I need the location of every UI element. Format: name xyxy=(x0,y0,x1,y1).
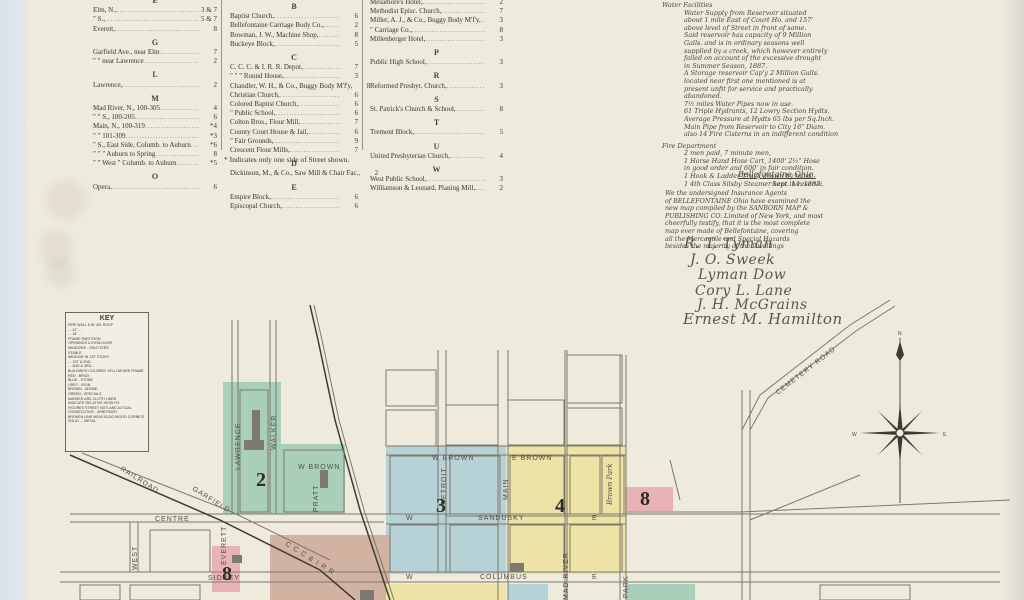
entry-name: County Court House & Jail, xyxy=(230,128,308,137)
key-row: BUILDINGS COLORED YELLOW ARE FRAME xyxy=(68,369,146,374)
entry-name: C. C. C. & I. R. R. Depot, xyxy=(230,63,303,72)
index-entry: Mad River, N., 100-3054 xyxy=(93,104,217,113)
entry-page: 6 xyxy=(340,91,358,100)
entry-page: *5 xyxy=(199,159,217,168)
index-letter-header: G xyxy=(93,38,217,47)
entry-page: 8 xyxy=(485,105,503,114)
entry-name: " " West " Columb. to Auburn xyxy=(93,159,177,168)
index-letter-header: C xyxy=(230,53,358,62)
column-divider xyxy=(221,0,222,150)
entry-page: 2 xyxy=(199,57,217,66)
index-letter-header: U xyxy=(370,142,503,151)
entry-name: " S., East Side, Columb. to Auburn xyxy=(93,141,191,150)
street-label: LAWRENCE xyxy=(235,423,242,470)
entry-name: Lawrence, xyxy=(93,81,122,90)
entry-page: 6 xyxy=(340,202,358,211)
index-entry: Reformed Presbyt. Church,3 xyxy=(370,82,503,91)
street-label: PRATT xyxy=(313,485,320,512)
water-fire-report: Water Facilities Water Supply from Reser… xyxy=(662,2,902,188)
index-entry: St. Patrick's Church & School,8 xyxy=(370,105,503,114)
entry-page: 5 & 7 xyxy=(199,15,217,24)
entry-name: Williamson & Leonard, Planing Mill, xyxy=(370,184,475,193)
entry-page: 5 xyxy=(340,40,358,49)
entry-page: 7 xyxy=(340,146,358,155)
index-letter-header: E xyxy=(93,0,217,5)
entry-page: 2 xyxy=(340,21,358,30)
index-entry: " S., East Side, Columb. to Auburn*6 xyxy=(93,141,217,150)
entry-name: Baptist Church, xyxy=(230,12,274,21)
street-label: MAIN xyxy=(503,479,510,501)
entry-name: Colton Bros., Flour Mill, xyxy=(230,118,300,127)
certification-line: cheerfully testify, that it is the most … xyxy=(665,220,865,228)
entry-page: 6 xyxy=(199,183,217,192)
index-letter-header: L xyxy=(93,70,217,79)
index-entry: Colored Baptist Church,6 xyxy=(230,100,358,109)
entry-page: 7 xyxy=(199,48,217,57)
entry-name: West Public School, xyxy=(370,175,426,184)
entry-page: 3 xyxy=(485,35,503,44)
index-entry: County Court House & Jail,6 xyxy=(230,128,358,137)
entry-name: Episcopal Church, xyxy=(230,202,282,211)
street-label: W BROWN xyxy=(432,455,474,462)
index-letter-header: O xyxy=(93,172,217,181)
street-label: E xyxy=(592,515,598,522)
map-legend-key: KEY FIRE WALL 6 IN. AB. ROOF- - 12" - --… xyxy=(65,312,149,452)
entry-name: " Public School, xyxy=(230,109,275,118)
index-entry: Millenberger Hotel,3 xyxy=(370,35,503,44)
index-footnote: * Indicates only one side of Street show… xyxy=(224,155,349,164)
entry-page: 4 xyxy=(485,152,503,161)
entry-name: Dickinson, M., & Co., Saw Mill & Chair F… xyxy=(230,169,360,178)
index-letter-header: T xyxy=(370,118,503,127)
entry-name: Crescent Flour Mills, xyxy=(230,146,290,155)
entry-page: 3 xyxy=(485,82,503,91)
index-entry: Everett,8 xyxy=(93,25,217,34)
index-entry: Opera,6 xyxy=(93,183,217,192)
index-entry: Miller, A. J., & Co., Buggy Body M'f'y,3 xyxy=(370,16,503,25)
entry-name: Mad River, N., 100-305 xyxy=(93,104,160,113)
place-heading: Bellefontaine Ohio. xyxy=(738,170,816,179)
index-entry: Public High School,3 xyxy=(370,58,503,67)
index-entry: West Public School,3 xyxy=(370,175,503,184)
street-label: W xyxy=(406,515,414,522)
entry-name: United Presbyterian Church, xyxy=(370,152,450,161)
index-entry: " " " Auburn to Spring8 xyxy=(93,150,217,159)
key-row: SOLID - - METAL xyxy=(68,419,146,424)
entry-page: 8 xyxy=(199,25,217,34)
signature: R. T. Tyman xyxy=(684,236,773,252)
index-entry: " Fair Grounds,9 xyxy=(230,137,358,146)
street-label: CEMETERY ROAD xyxy=(775,346,837,397)
index-letter-header: S xyxy=(370,95,503,104)
index-entry: Baptist Church,6 xyxy=(230,12,358,21)
index-entry: United Presbyterian Church,4 xyxy=(370,152,503,161)
entry-name: Methodist Episc. Church, xyxy=(370,7,442,16)
certification-line: new map compiled by the SANBORN MAP & xyxy=(665,205,865,213)
compass-rose: W E N xyxy=(852,331,947,503)
index-entry: Christian Church,6 xyxy=(230,91,358,100)
entry-name: Tremont Block, xyxy=(370,128,414,137)
certification-line: of BELLEFONTAINE Ohio have examined the xyxy=(665,198,865,206)
entry-name: Garfield Ave., near Elm xyxy=(93,48,160,57)
entry-name: Main, N., 100-319 xyxy=(93,122,145,131)
street-label: SANDUSKY xyxy=(478,515,525,522)
index-entry: " " near Lawrence2 xyxy=(93,57,217,66)
street-label: RAILROAD xyxy=(119,466,160,495)
street-label: EVERETT xyxy=(221,526,228,565)
entry-page: 6 xyxy=(340,109,358,118)
entry-page: 5 xyxy=(485,128,503,137)
certification-line: map ever made of Bellefontaine, covering xyxy=(665,228,865,236)
entry-page: 4 xyxy=(199,104,217,113)
entry-page: 8 xyxy=(485,26,503,35)
index-entry: Bellefontaine Carriage Body Co.,2 xyxy=(230,21,358,30)
index-entry: " " 101-309*3 xyxy=(93,132,217,141)
street-label: WALKER xyxy=(271,415,278,450)
column-divider xyxy=(362,0,363,150)
entry-name: St. Patrick's Church & School, xyxy=(370,105,456,114)
street-label: PARK xyxy=(623,575,630,598)
index-letter-header: W xyxy=(370,165,503,174)
index-entry: Elm, N.,3 & 7 xyxy=(93,6,217,15)
certification-line: PUBLISHING CO. Limited of New York, and … xyxy=(665,213,865,221)
entry-name: Elm, N., xyxy=(93,6,117,15)
entry-name: Everett, xyxy=(93,25,115,34)
entry-name: Miller, A. J., & Co., Buggy Body M'f'y, xyxy=(370,16,481,25)
index-entry: Tremont Block,5 xyxy=(370,128,503,137)
certification-line: We the undersigned Insurance Agents xyxy=(665,190,865,198)
specials-index-column-2: Mesamore's Hotel,2Methodist Episc. Churc… xyxy=(370,0,503,194)
entry-name: Mesamore's Hotel, xyxy=(370,0,423,7)
entry-page: *3 xyxy=(199,132,217,141)
index-entry: " " West " Columb. to Auburn*5 xyxy=(93,159,217,168)
entry-page: 6 xyxy=(340,12,358,21)
index-entry: Williamson & Leonard, Planing Mill,2 xyxy=(370,184,503,193)
street-label: Brown Park xyxy=(606,463,614,506)
index-entry: Mesamore's Hotel,2 xyxy=(370,0,503,7)
index-entry: Main, N., 100-319*4 xyxy=(93,122,217,131)
entry-name: Opera, xyxy=(93,183,112,192)
index-entry: Dickinson, M., & Co., Saw Mill & Chair F… xyxy=(230,169,358,178)
index-letter-header: P xyxy=(370,48,503,57)
entry-page: 6 xyxy=(199,113,217,122)
town-map: W BROWN W BROWN E BROWN W SANDUSKY E W C… xyxy=(26,290,1024,600)
entry-page: 7 xyxy=(485,7,503,16)
index-entry: " S.,5 & 7 xyxy=(93,15,217,24)
report-line: also 14 Fire Cisterns in an indifferent … xyxy=(684,131,902,139)
entry-page: *4 xyxy=(199,122,217,131)
index-entry: Methodist Episc. Church,7 xyxy=(370,7,503,16)
sheet-number: 8 xyxy=(222,563,232,585)
index-entry: Garfield Ave., near Elm7 xyxy=(93,48,217,57)
street-label: COLUMBUS xyxy=(480,574,528,581)
entry-name: " " near Lawrence xyxy=(93,57,144,66)
entry-name: Christian Church, xyxy=(230,91,280,100)
entry-page: *6 xyxy=(199,141,217,150)
index-letter-header: B xyxy=(230,2,358,11)
entry-name: " Fair Grounds, xyxy=(230,137,274,146)
entry-name: Buckeye Block, xyxy=(230,40,275,49)
sheet-number: 4 xyxy=(555,495,565,517)
sheet-number: 3 xyxy=(436,495,446,517)
entry-page: 3 xyxy=(485,58,503,67)
entry-name: Reformed Presbyt. Church, xyxy=(370,82,447,91)
index-letter-header: M xyxy=(93,94,217,103)
entry-name: Colored Baptist Church, xyxy=(230,100,298,109)
index-entry: " " " Round House,3 xyxy=(230,72,358,81)
entry-page: 3 xyxy=(485,16,503,25)
key-title: KEY xyxy=(68,315,146,323)
entry-name: Bellefontaine Carriage Body Co., xyxy=(230,21,324,30)
street-label: E xyxy=(592,574,598,581)
report-date: Sept. 14. 1887. xyxy=(772,180,822,188)
entry-page: 2 xyxy=(485,0,503,7)
entry-page: 6 xyxy=(340,100,358,109)
street-label: MAD RIVER xyxy=(563,552,570,600)
entry-name: Bowman, J. W., Machine Shop, xyxy=(230,31,318,40)
entry-page: 3 & 7 xyxy=(199,6,217,15)
index-entry: " Public School,6 xyxy=(230,109,358,118)
index-entry: Colton Bros., Flour Mill,7 xyxy=(230,118,358,127)
entry-page: 7 xyxy=(340,118,358,127)
street-index-column: EElm, N.,3 & 7" S.,5 & 7Everett,8GGarfie… xyxy=(93,0,217,192)
entry-name: " " " Round House, xyxy=(230,72,284,81)
entry-page: 8 xyxy=(199,150,217,159)
entry-name: " " S., 100-205 xyxy=(93,113,135,122)
sheet-number: 8 xyxy=(640,488,650,510)
entry-page: 6 xyxy=(340,128,358,137)
entry-name: " " 101-309 xyxy=(93,132,126,141)
index-entry: Buckeye Block,5 xyxy=(230,40,358,49)
index-entry: Crescent Flour Mills,7 xyxy=(230,146,358,155)
street-label: N xyxy=(898,331,902,337)
entry-page: 9 xyxy=(340,137,358,146)
entry-name: " Carriage Co., xyxy=(370,26,412,35)
index-letter-header: R xyxy=(370,71,503,80)
entry-name: Empire Block, xyxy=(230,193,271,202)
entry-page: 7 xyxy=(340,63,358,72)
street-label: CENTRE xyxy=(155,516,190,523)
index-entry: " Carriage Co.,8 xyxy=(370,26,503,35)
street-label: WEST xyxy=(132,546,139,570)
scan-background-edge xyxy=(0,0,26,600)
entry-name: " " " Auburn to Spring xyxy=(93,150,155,159)
index-entry: Empire Block,6 xyxy=(230,193,358,202)
entry-name: Chandler, W. H., & Co., Buggy Body M'f'y… xyxy=(230,82,352,91)
street-label: W xyxy=(852,432,857,438)
entry-page: 2 xyxy=(485,184,503,193)
street-label: W BROWN xyxy=(298,464,340,471)
signature: J. O. Sweek xyxy=(690,252,775,268)
specials-index-column-1: BBaptist Church,6Bellefontaine Carriage … xyxy=(230,0,358,211)
entry-name: Public High School, xyxy=(370,58,427,67)
index-entry: Chandler, W. H., & Co., Buggy Body M'f'y… xyxy=(230,82,358,91)
index-letter-header: E xyxy=(230,183,358,192)
street-label: E xyxy=(943,432,947,438)
index-entry: Bowman, J. W., Machine Shop,8 xyxy=(230,31,358,40)
entry-page: 2 xyxy=(199,81,217,90)
index-entry: Lawrence,2 xyxy=(93,81,217,90)
index-entry: Episcopal Church,6 xyxy=(230,202,358,211)
sheet-number: 2 xyxy=(256,469,266,491)
signature: Lyman Dow xyxy=(698,267,786,283)
entry-name: " S., xyxy=(93,15,105,24)
index-entry: " " S., 100-2056 xyxy=(93,113,217,122)
entry-page: 3 xyxy=(340,72,358,81)
entry-page: 3 xyxy=(485,175,503,184)
entry-name: Millenberger Hotel, xyxy=(370,35,425,44)
entry-page: 6 xyxy=(340,193,358,202)
street-label: E BROWN xyxy=(512,455,552,462)
street-label: W xyxy=(406,574,414,581)
index-entry: C. C. C. & I. R. R. Depot,7 xyxy=(230,63,358,72)
entry-page: 8 xyxy=(340,31,358,40)
